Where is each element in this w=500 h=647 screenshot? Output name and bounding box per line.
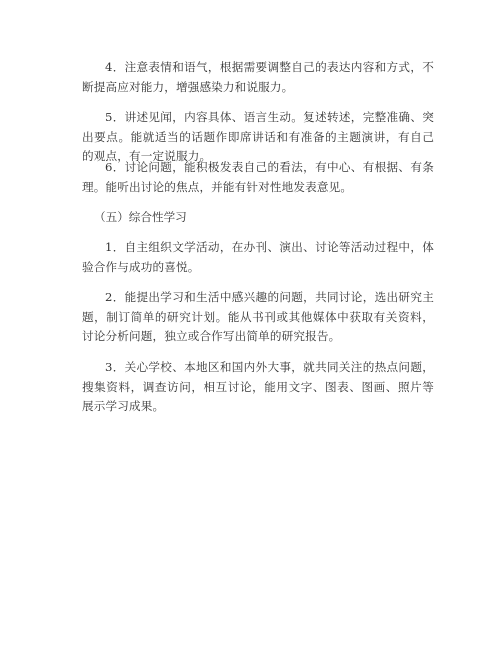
paragraph-section-item-2: 2．能提出学习和生活中感兴趣的问题，共同讨论，选出研究主题，制订简单的研究计划。… bbox=[82, 288, 434, 347]
paragraph-item-4: 4．注意表情和语气，根据需要调整自己的表达内容和方式，不断提高应对能力，增强感染… bbox=[82, 58, 434, 97]
section-heading: （五）综合性学习 bbox=[82, 208, 434, 228]
paragraph-section-item-1: 1．自主组织文学活动，在办刊、演出、讨论等活动过程中，体验合作与成功的喜悦。 bbox=[82, 238, 434, 277]
paragraph-section-item-3: 3．关心学校、本地区和国内外大事，就共同关注的热点问题，搜集资料，调查访问，相互… bbox=[82, 358, 434, 417]
paragraph-item-6: 6．讨论问题，能积极发表自己的看法，有中心、有根据、有条理。能听出讨论的焦点，并… bbox=[82, 158, 434, 197]
